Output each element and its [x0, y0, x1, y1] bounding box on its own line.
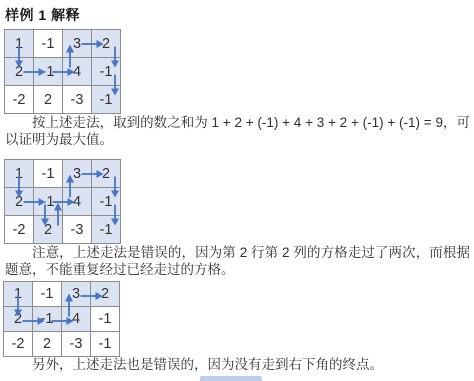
cell-value: -1 [100, 64, 113, 80]
grid-cell: -1 [33, 282, 62, 307]
grid-cell: 1 [5, 160, 34, 188]
grid-cell: -1 [92, 58, 121, 86]
grid-cell: 4 [63, 188, 92, 216]
cell-value: -1 [100, 194, 113, 210]
page-title: 样例 1 解释 [5, 5, 80, 25]
grid-cell: 3 [62, 282, 91, 307]
grid-cell: 3 [63, 30, 92, 58]
cell-value: 2 [15, 194, 23, 210]
grid-cell: 2 [4, 307, 33, 332]
grid-cell: 4 [63, 58, 92, 86]
cell-value: -1 [99, 336, 112, 352]
grid-cell: -3 [62, 332, 91, 357]
cell-value: 3 [72, 286, 80, 302]
grid-path-revisit-error: 1-1322-14-1-22-3-1 [4, 159, 121, 244]
grid-cell: 2 [34, 86, 63, 114]
grid-cell: 4 [62, 307, 91, 332]
cell-value: -1 [42, 36, 55, 52]
grid-cell: -2 [5, 216, 34, 244]
grid-cell: 1 [4, 282, 33, 307]
cell-value: 2 [102, 166, 110, 182]
cell-value: 4 [72, 311, 80, 327]
grid-cell: -1 [34, 160, 63, 188]
cell-value: -2 [13, 222, 26, 238]
cell-value: -1 [41, 286, 54, 302]
grid-cell: -3 [63, 86, 92, 114]
cell-value: 1 [15, 166, 23, 182]
grid-cell: 2 [5, 188, 34, 216]
grid-path-correct: 1-1322-14-1-22-3-1 [4, 29, 121, 114]
paragraph-revisit-note: 注意，上述走法是错误的，因为第 2 行第 2 列的方格走过了两次，而根据题意，不… [5, 245, 470, 278]
grid-cell: 2 [33, 332, 62, 357]
grid-cell: -1 [92, 86, 121, 114]
grid-cell: -1 [92, 216, 121, 244]
cell-value: 4 [73, 64, 81, 80]
cell-value: -1 [41, 311, 54, 327]
cell-value: 2 [43, 336, 51, 352]
grid-cell: 3 [63, 160, 92, 188]
cell-value: 4 [73, 194, 81, 210]
grid-cell: 1 [5, 30, 34, 58]
cell-value: -2 [13, 92, 26, 108]
cell-value: -1 [100, 222, 113, 238]
cell-value: -1 [99, 311, 112, 327]
grid-cell: -1 [91, 307, 120, 332]
cell-value: -1 [42, 64, 55, 80]
grid-cell: -1 [33, 307, 62, 332]
grid-cell: 2 [92, 160, 121, 188]
cell-value: 3 [73, 36, 81, 52]
cell-value: -3 [71, 222, 84, 238]
cell-value: 2 [15, 64, 23, 80]
grid-cell: 2 [91, 282, 120, 307]
grid-cell: -1 [92, 188, 121, 216]
paragraph-endpoint-note: 另外，上述走法也是错误的，因为没有走到右下角的终点。 [5, 357, 470, 374]
cell-value: 3 [73, 166, 81, 182]
grid-path-no-endpoint-error: 1-1322-14-1-22-3-1 [3, 281, 120, 357]
grid-cell: 2 [34, 216, 63, 244]
cell-value: 2 [14, 311, 22, 327]
grid-cell: -2 [5, 86, 34, 114]
grid-cell: -2 [4, 332, 33, 357]
cell-value: -1 [100, 92, 113, 108]
grid-cell: -1 [34, 58, 63, 86]
grid-cell: -1 [34, 30, 63, 58]
cell-value: 2 [101, 286, 109, 302]
grid-cell: -1 [34, 188, 63, 216]
grid-cell: 2 [5, 58, 34, 86]
cell-value: -1 [42, 166, 55, 182]
cell-value: 2 [102, 36, 110, 52]
document-page: 样例 1 解释 1-1322-14-1-22-3-1 按上述走法，取到的数之和为… [0, 0, 474, 381]
cell-value: 1 [15, 36, 23, 52]
paragraph-sum-explanation: 按上述走法，取到的数之和为 1 + 2 + (-1) + 4 + 3 + 2 +… [5, 115, 470, 148]
cell-value: 1 [14, 286, 22, 302]
grid-cell: 2 [92, 30, 121, 58]
cell-value: -2 [12, 336, 25, 352]
cell-value: -3 [70, 336, 83, 352]
grid-cell: -3 [63, 216, 92, 244]
cell-value: -3 [71, 92, 84, 108]
cell-value: 2 [44, 92, 52, 108]
cell-value: -1 [42, 194, 55, 210]
cell-value: 2 [44, 222, 52, 238]
clipped-highlight-fragment [200, 376, 262, 381]
grid-cell: -1 [91, 332, 120, 357]
